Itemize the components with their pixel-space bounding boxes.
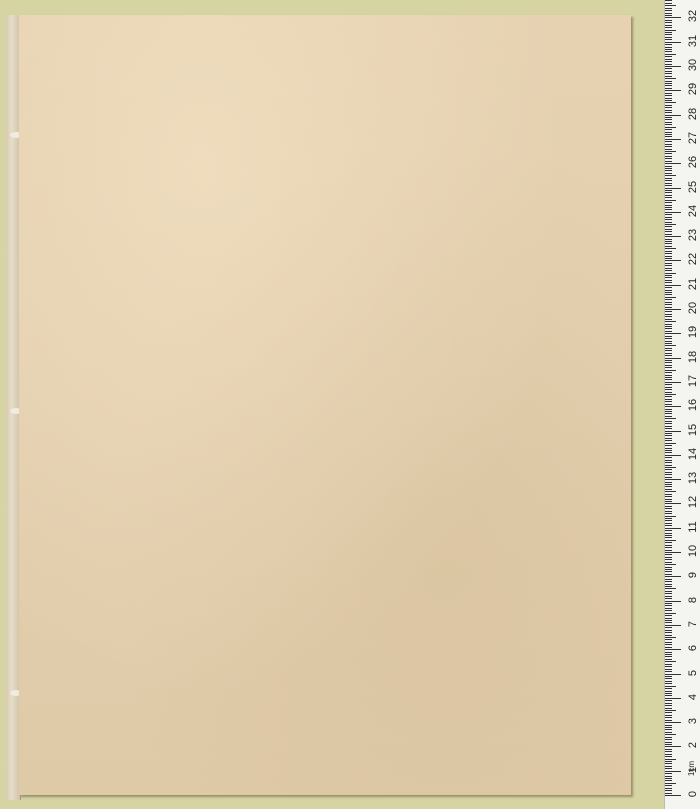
ruler-tick <box>665 8 672 9</box>
ruler-tick <box>665 304 672 305</box>
ruler-tick <box>665 695 672 696</box>
ruler-tick <box>665 462 672 463</box>
ruler-tick <box>665 596 672 597</box>
ruler-tick <box>665 433 672 434</box>
ruler-tick <box>665 467 676 468</box>
ruler-tick <box>665 763 672 764</box>
ruler-tick <box>665 737 672 738</box>
ruler-tick <box>665 136 672 137</box>
ruler-tick <box>665 311 672 312</box>
ruler-tick <box>665 489 672 490</box>
ruler-tick <box>665 615 672 616</box>
ruler-tick <box>665 652 672 653</box>
ruler-tick <box>665 231 672 232</box>
ruler-tick <box>665 465 672 466</box>
ruler-tick <box>665 226 672 227</box>
ruler-tick <box>665 644 672 645</box>
ruler-number: 14 <box>687 446 699 462</box>
ruler-tick <box>665 734 676 735</box>
ruler-tick <box>665 17 681 18</box>
ruler-tick <box>665 771 681 772</box>
ruler-tick <box>665 739 672 740</box>
ruler-number: 27 <box>687 130 699 146</box>
ruler-tick <box>665 401 672 402</box>
ruler-tick <box>665 51 672 52</box>
ruler-number: 2 <box>687 737 699 753</box>
ruler-tick <box>665 523 672 524</box>
ruler-tick <box>665 166 672 167</box>
ruler-tick <box>665 708 672 709</box>
ruler-tick <box>665 746 681 747</box>
ruler-tick <box>665 518 672 519</box>
ruler-tick <box>665 241 672 242</box>
ruler-tick <box>665 790 672 791</box>
ruler-tick <box>665 627 672 628</box>
ruler-tick <box>665 372 672 373</box>
ruler-tick <box>665 537 672 538</box>
ruler-tick <box>665 691 672 692</box>
ruler-tick <box>665 81 672 82</box>
ruler-tick <box>665 20 672 21</box>
ruler-tick <box>665 557 672 558</box>
ruler-tick <box>665 39 672 40</box>
ruler-tick <box>665 124 672 125</box>
ruler-tick <box>665 630 672 631</box>
ruler-tick <box>665 445 672 446</box>
ruler-tick <box>665 413 672 414</box>
ruler-tick <box>665 406 681 407</box>
ruler-tick <box>665 115 681 116</box>
ruler-tick <box>665 656 672 657</box>
ruler-tick <box>665 151 676 152</box>
ruler-tick <box>665 715 672 716</box>
ruler-tick <box>665 581 672 582</box>
ruler-tick <box>665 168 672 169</box>
ruler-tick <box>665 66 681 67</box>
ruler-tick <box>665 224 676 225</box>
ruler-tick <box>665 22 672 23</box>
ruler-tick <box>665 180 672 181</box>
ruler-tick <box>665 717 672 718</box>
ruler-tick <box>665 316 672 317</box>
ruler-tick <box>665 562 672 563</box>
ruler-tick <box>665 506 672 507</box>
ruler-tick <box>665 423 672 424</box>
ruler-tick <box>665 788 672 789</box>
ruler-tick <box>665 13 672 14</box>
ruler-tick <box>665 132 672 133</box>
ruler-tick <box>665 102 676 103</box>
ruler-tick <box>665 144 672 145</box>
ruler-tick <box>665 59 672 60</box>
ruler-tick <box>665 341 672 342</box>
ruler-tick <box>665 161 672 162</box>
ruler-tick <box>665 93 672 94</box>
ruler-tick <box>665 605 672 606</box>
ruler-tick <box>665 678 672 679</box>
ruler-tick <box>665 528 681 529</box>
ruler-tick <box>665 508 672 509</box>
ruler-tick <box>665 603 672 604</box>
ruler-tick <box>665 550 672 551</box>
ruler-tick <box>665 579 672 580</box>
ruler-number: 10 <box>687 543 699 559</box>
ruler-tick <box>665 78 676 79</box>
ruler-tick <box>665 175 676 176</box>
ruler-tick <box>665 552 681 553</box>
ruler-tick <box>665 105 672 106</box>
ruler-tick <box>665 472 672 473</box>
ruler-tick <box>665 749 672 750</box>
ruler-tick <box>665 273 676 274</box>
ruler-tick <box>665 49 672 50</box>
ruler-tick <box>665 732 672 733</box>
ruler-tick <box>665 239 672 240</box>
ruler-tick <box>665 282 672 283</box>
ruler-tick <box>665 661 676 662</box>
ruler-tick <box>665 409 672 410</box>
ruler-tick <box>665 149 672 150</box>
ruler-tick <box>665 744 672 745</box>
ruler-tick <box>665 705 672 706</box>
ruler-tick <box>665 598 672 599</box>
ruler-number: 26 <box>687 154 699 170</box>
ruler-tick <box>665 474 672 475</box>
ruler-tick <box>665 362 672 363</box>
ruler-tick <box>665 574 672 575</box>
ruler-tick <box>665 290 672 291</box>
ruler-tick <box>665 129 672 130</box>
ruler-tick <box>665 382 681 383</box>
ruler-tick <box>665 780 672 781</box>
ruler-tick <box>665 42 681 43</box>
ruler-tick <box>665 438 672 439</box>
ruler-tick <box>665 620 672 621</box>
ruler-tick <box>665 90 681 91</box>
ruler-tick <box>665 146 672 147</box>
ruler-tick <box>665 426 672 427</box>
ruler-tick <box>665 207 672 208</box>
ruler-tick <box>665 139 681 140</box>
ruler-tick <box>665 277 672 278</box>
ruler-number: 23 <box>687 227 699 243</box>
ruler-tick <box>665 205 672 206</box>
ruler-number: 12 <box>687 494 699 510</box>
ruler-tick <box>665 756 672 757</box>
ruler-tick <box>665 785 672 786</box>
ruler-tick <box>665 44 672 45</box>
ruler-tick <box>665 30 676 31</box>
ruler-tick <box>665 681 672 682</box>
ruler-tick <box>665 501 672 502</box>
ruler-number: 20 <box>687 300 699 316</box>
ruler-tick <box>665 725 672 726</box>
ruler-number: 30 <box>687 57 699 73</box>
ruler-tick <box>665 511 672 512</box>
ruler-tick <box>665 370 676 371</box>
ruler-number: 5 <box>687 665 699 681</box>
ruler-tick <box>665 496 672 497</box>
ruler-tick <box>665 416 672 417</box>
ruler-tick <box>665 229 672 230</box>
ruler-tick <box>665 431 681 432</box>
ruler-tick <box>665 321 676 322</box>
ruler-number: 31 <box>687 33 699 49</box>
ruler-tick <box>665 486 672 487</box>
ruler-tick <box>665 54 676 55</box>
ruler-tick <box>665 37 672 38</box>
ruler-tick <box>665 345 676 346</box>
ruler-tick <box>665 287 672 288</box>
ruler-tick <box>665 222 672 223</box>
ruler-tick <box>665 513 672 514</box>
ruler-tick <box>665 591 672 592</box>
ruler-tick <box>665 654 672 655</box>
ruler-tick <box>665 246 672 247</box>
ruler-tick <box>665 183 672 184</box>
ruler-tick <box>665 214 672 215</box>
ruler-tick <box>665 275 672 276</box>
ruler-tick <box>665 355 672 356</box>
ruler-number: 16 <box>687 397 699 413</box>
ruler-tick <box>665 635 672 636</box>
ruler-tick <box>665 47 672 48</box>
ruler-tick <box>665 297 676 298</box>
ruler-tick <box>665 754 672 755</box>
ruler-tick <box>665 535 672 536</box>
ruler-tick <box>665 197 672 198</box>
ruler-tick <box>665 217 672 218</box>
ruler-tick <box>665 375 672 376</box>
ruler-tick <box>665 119 672 120</box>
ruler-tick <box>665 76 672 77</box>
ruler-tick <box>665 608 672 609</box>
ruler-number: 19 <box>687 324 699 340</box>
ruler-tick <box>665 503 681 504</box>
ruler-number: 7 <box>687 616 699 632</box>
ruler-tick <box>665 71 672 72</box>
ruler-tick <box>665 367 672 368</box>
ruler-tick <box>665 768 672 769</box>
ruler-tick <box>665 593 672 594</box>
ruler-tick <box>665 107 672 108</box>
ruler-tick <box>665 576 681 577</box>
ruler-tick <box>665 622 672 623</box>
ruler-number: 13 <box>687 470 699 486</box>
ruler-tick <box>665 336 672 337</box>
ruler-tick <box>665 170 672 171</box>
ruler-tick <box>665 56 672 57</box>
ruler-tick <box>665 683 672 684</box>
ruler-tick <box>665 649 681 650</box>
ruler-tick <box>665 491 676 492</box>
ruler-tick <box>665 353 672 354</box>
ruler-tick <box>665 98 672 99</box>
ruler-tick <box>665 411 672 412</box>
ruler-tick <box>665 520 672 521</box>
ruler-tick <box>665 190 672 191</box>
ruler-tick <box>665 499 672 500</box>
ruler-tick <box>665 141 672 142</box>
ruler-tick <box>665 795 681 796</box>
ruler-tick <box>665 258 672 259</box>
ruler-tick <box>665 343 672 344</box>
ruler-tick <box>665 331 672 332</box>
ruler-number: 1 <box>687 762 699 778</box>
ruler-tick <box>665 61 672 62</box>
ruler-number: 22 <box>687 251 699 267</box>
ruler-tick <box>665 265 672 266</box>
ruler-tick <box>665 637 676 638</box>
ruler-tick <box>665 418 676 419</box>
ruler-tick <box>665 588 676 589</box>
ruler-tick <box>665 219 672 220</box>
ruler-tick <box>665 10 672 11</box>
ruler-tick <box>665 100 672 101</box>
ruler-tick <box>665 554 672 555</box>
ruler-tick <box>665 377 672 378</box>
ruler-tick <box>665 669 672 670</box>
ruler-tick <box>665 379 672 380</box>
ruler-tick <box>665 95 672 96</box>
ruler-number: 32 <box>687 8 699 24</box>
ruler-tick <box>665 324 672 325</box>
ruler-number: 9 <box>687 567 699 583</box>
ruler-number: 25 <box>687 179 699 195</box>
ruler-tick <box>665 270 672 271</box>
ruler-number: 8 <box>687 592 699 608</box>
ruler-tick <box>665 236 681 237</box>
ruler-tick <box>665 394 676 395</box>
ruler-tick <box>665 759 676 760</box>
ruler-tick <box>665 188 681 189</box>
ruler-tick <box>665 625 681 626</box>
ruler-tick <box>665 477 672 478</box>
ruler-tick <box>665 392 672 393</box>
ruler-tick <box>665 559 672 560</box>
ruler-number: 21 <box>687 276 699 292</box>
ruler-tick <box>665 253 672 254</box>
ruler-tick <box>665 545 672 546</box>
ruler-tick <box>665 703 672 704</box>
ruler-tick <box>665 251 672 252</box>
ruler-tick <box>665 173 672 174</box>
ruler-number: 0 <box>687 786 699 802</box>
ruler-tick <box>665 773 672 774</box>
ruler-tick <box>665 659 672 660</box>
ruler-tick <box>665 73 672 74</box>
ruler-tick <box>665 564 676 565</box>
ruler-tick <box>665 479 681 480</box>
ruler-tick <box>665 234 672 235</box>
ruler-tick <box>665 243 672 244</box>
ruler-tick <box>665 302 672 303</box>
ruler-tick <box>665 542 672 543</box>
ruler-tick <box>665 64 672 65</box>
ruler-tick <box>665 268 672 269</box>
ruler-tick <box>665 260 681 261</box>
ruler-tick <box>665 686 676 687</box>
ruler-tick <box>665 469 672 470</box>
ruler-tick <box>665 202 672 203</box>
ruler-tick <box>665 793 672 794</box>
ruler-number: 29 <box>687 81 699 97</box>
ruler-tick <box>665 338 672 339</box>
ruler-tick <box>665 85 672 86</box>
ruler-tick <box>665 387 672 388</box>
ruler-tick <box>665 25 672 26</box>
ruler-number: 15 <box>687 422 699 438</box>
ruler-tick <box>665 720 672 721</box>
ruler-tick <box>665 350 672 351</box>
ruler-tick <box>665 698 681 699</box>
ruler-tick <box>665 586 672 587</box>
ruler-tick <box>665 153 672 154</box>
ruler-tick <box>665 601 681 602</box>
ruler-tick <box>665 360 672 361</box>
ruler-tick <box>665 642 672 643</box>
ruler-tick <box>665 710 676 711</box>
ruler-tick <box>665 117 672 118</box>
ruler-tick <box>665 435 672 436</box>
ruler-number: 28 <box>687 106 699 122</box>
ruler-tick <box>665 457 672 458</box>
ruler-tick <box>665 195 672 196</box>
ruler-tick <box>665 450 672 451</box>
ruler-tick <box>665 127 676 128</box>
ruler-tick <box>665 158 672 159</box>
ruler-number: 3 <box>687 713 699 729</box>
ruler-tick <box>665 292 672 293</box>
ruler-tick <box>665 778 672 779</box>
ruler-tick <box>665 484 672 485</box>
ruler-tick <box>665 448 672 449</box>
ruler-number: 4 <box>687 689 699 705</box>
ruler-tick <box>665 693 672 694</box>
ruler-tick <box>665 452 672 453</box>
ruler-tick <box>665 761 672 762</box>
ruler-tick <box>665 34 672 35</box>
ruler-tick <box>665 639 672 640</box>
ruler-tick <box>665 248 676 249</box>
ruler-tick <box>665 134 672 135</box>
ruler-tick <box>665 299 672 300</box>
ruler-tick <box>665 700 672 701</box>
ruler-tick <box>665 365 672 366</box>
ruler-tick <box>665 676 672 677</box>
ruler-tick <box>665 530 672 531</box>
ruler-tick <box>665 751 672 752</box>
ruler-tick <box>665 68 672 69</box>
ruler-tick <box>665 440 672 441</box>
ruler-tick <box>665 688 672 689</box>
ruler-tick <box>665 540 676 541</box>
ruler-tick <box>665 163 681 164</box>
ruler-tick <box>665 729 672 730</box>
ruler-tick <box>665 122 672 123</box>
ruler-tick <box>665 263 672 264</box>
ruler-tick <box>665 309 681 310</box>
ruler-tick <box>665 88 672 89</box>
ruler-tick <box>665 613 676 614</box>
ruler-tick <box>665 647 672 648</box>
ruler-tick <box>665 200 676 201</box>
ruler-tick <box>665 0 672 1</box>
ruler-tick <box>665 314 672 315</box>
ruler-tick <box>665 783 676 784</box>
ruler-tick <box>665 664 672 665</box>
ruler-number: 17 <box>687 373 699 389</box>
